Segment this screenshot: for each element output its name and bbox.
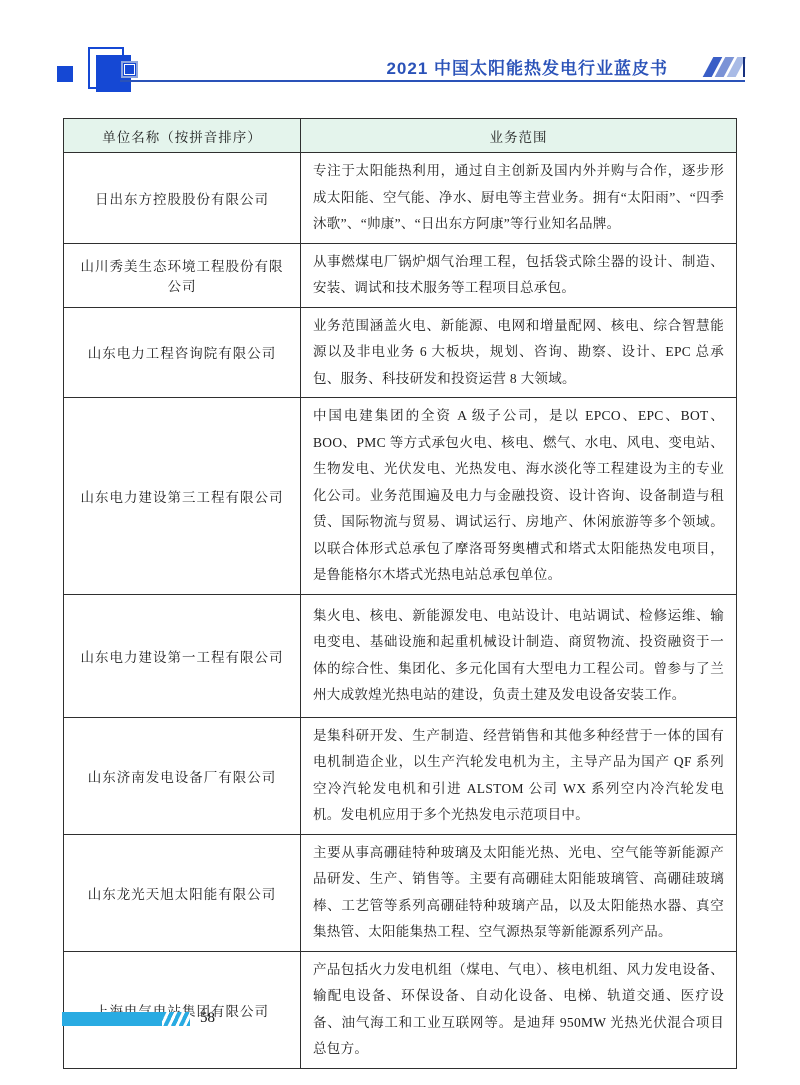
company-name-cell: 山东电力建设第三工程有限公司: [64, 398, 301, 595]
page-footer: 58: [0, 1006, 800, 1036]
company-table: 单位名称（按拼音排序） 业务范围 日出东方控股股份有限公司专注于太阳能热利用，通…: [63, 118, 737, 1069]
logo-square-small-right: [121, 61, 138, 78]
business-scope-cell: 是集科研开发、生产制造、经营销售和其他多种经营于一体的国有电机制造企业，以生产汽…: [301, 717, 737, 834]
table-row: 山东电力建设第一工程有限公司集火电、核电、新能源发电、电站设计、电站调试、检修运…: [64, 594, 737, 717]
company-name-cell: 山东电力建设第一工程有限公司: [64, 594, 301, 717]
document-page: 2021 中国太阳能热发电行业蓝皮书 单位名称（按拼音排序） 业务范围 日出东方…: [0, 0, 800, 1085]
company-name-cell: 日出东方控股股份有限公司: [64, 153, 301, 244]
company-name-cell: 山东济南发电设备厂有限公司: [64, 717, 301, 834]
table-header: 单位名称（按拼音排序） 业务范围: [64, 119, 737, 153]
company-name-cell: 山东电力工程咨询院有限公司: [64, 307, 301, 398]
page-number: 58: [200, 1010, 215, 1027]
table-row: 日出东方控股股份有限公司专注于太阳能热利用，通过自主创新及国内外并购与合作，逐步…: [64, 153, 737, 244]
table-header-row: 单位名称（按拼音排序） 业务范围: [64, 119, 737, 153]
column-header-company-name: 单位名称（按拼音排序）: [64, 119, 301, 153]
column-header-business-scope: 业务范围: [301, 119, 737, 153]
table-row: 山东电力建设第三工程有限公司中国电建集团的全资 A 级子公司，是以 EPCO、E…: [64, 398, 737, 595]
footer-bar-stripes-icon: [162, 1012, 190, 1026]
table-row: 山东龙光天旭太阳能有限公司主要从事高硼硅特种玻璃及太阳能光热、光电、空气能等新能…: [64, 834, 737, 951]
business-scope-cell: 专注于太阳能热利用，通过自主创新及国内外并购与合作，逐步形成太阳能、空气能、净水…: [301, 153, 737, 244]
table-body: 日出东方控股股份有限公司专注于太阳能热利用，通过自主创新及国内外并购与合作，逐步…: [64, 153, 737, 1069]
footer-bar-decoration: [62, 1012, 162, 1026]
table-row: 山东济南发电设备厂有限公司是集科研开发、生产制造、经营销售和其他多种经营于一体的…: [64, 717, 737, 834]
business-scope-cell: 业务范围涵盖火电、新能源、电网和增量配网、核电、综合智慧能源以及非电业务 6 大…: [301, 307, 737, 398]
company-name-cell: 山东龙光天旭太阳能有限公司: [64, 834, 301, 951]
business-scope-cell: 集火电、核电、新能源发电、电站设计、电站调试、检修运维、输电变电、基础设施和起重…: [301, 594, 737, 717]
blue-squares-logo-icon: [0, 0, 160, 100]
header-divider-line: [120, 80, 745, 82]
slashes-decoration-icon: [680, 57, 745, 77]
table-row: 山川秀美生态环境工程股份有限公司从事燃煤电厂锅炉烟气治理工程，包括袋式除尘器的设…: [64, 243, 737, 307]
company-name-cell: 山川秀美生态环境工程股份有限公司: [64, 243, 301, 307]
logo-square-small-left: [57, 66, 73, 82]
page-header: 2021 中国太阳能热发电行业蓝皮书: [0, 0, 800, 100]
business-scope-cell: 从事燃煤电厂锅炉烟气治理工程，包括袋式除尘器的设计、制造、安装、调试和技术服务等…: [301, 243, 737, 307]
table-row: 山东电力工程咨询院有限公司业务范围涵盖火电、新能源、电网和增量配网、核电、综合智…: [64, 307, 737, 398]
business-scope-cell: 中国电建集团的全资 A 级子公司，是以 EPCO、EPC、BOT、BOO、PMC…: [301, 398, 737, 595]
page-title: 2021 中国太阳能热发电行业蓝皮书: [386, 54, 668, 79]
business-scope-cell: 主要从事高硼硅特种玻璃及太阳能光热、光电、空气能等新能源产品研发、生产、销售等。…: [301, 834, 737, 951]
